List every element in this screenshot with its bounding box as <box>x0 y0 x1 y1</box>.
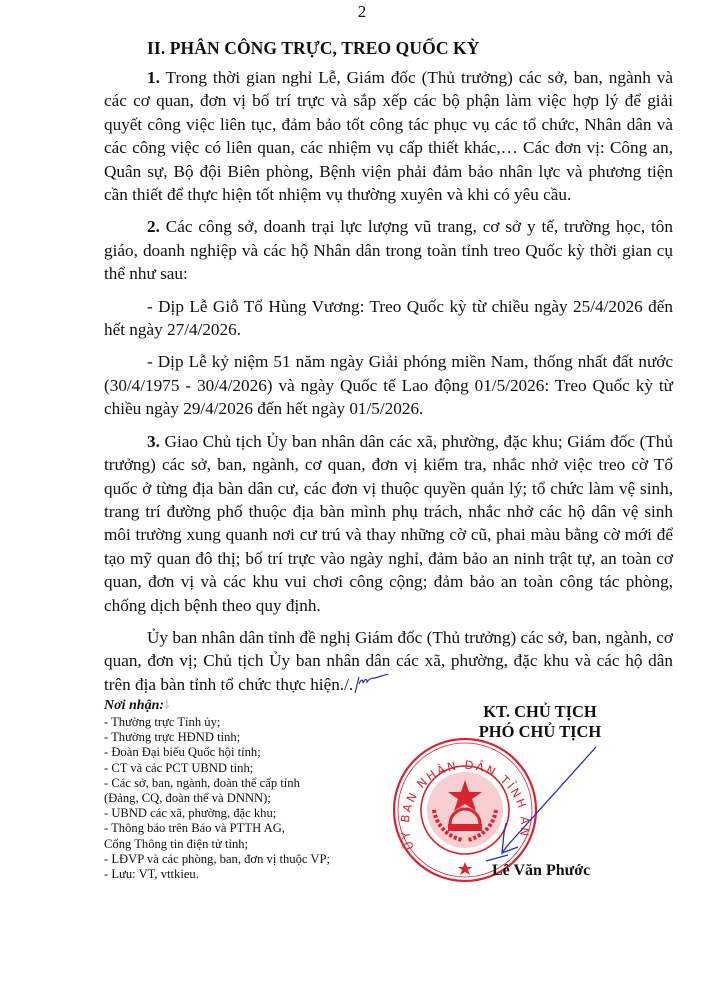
signer-name: Lê Văn Phước <box>492 862 590 880</box>
paragraph-number: 2. <box>147 217 160 236</box>
recipients-title: Nơi nhận:⸸ <box>104 696 330 715</box>
paragraph-text: - Dịp Lễ kỷ niệm 51 năm ngày Giải phóng … <box>104 352 673 418</box>
closing-paragraph: Ủy ban nhân dân tỉnh đề nghị Giám đốc (T… <box>104 626 673 696</box>
paragraph-text: Trong thời gian nghỉ Lễ, Giám đốc (Thủ t… <box>104 68 673 204</box>
paragraph-text: - Dịp Lễ Giỗ Tổ Hùng Vương: Treo Quốc kỳ… <box>104 297 673 339</box>
recipient-item: - Lưu: VT, vttkieu. <box>104 867 330 882</box>
recipients-block: Nơi nhận:⸸ - Thường trực Tỉnh ủy; - Thườ… <box>104 696 330 882</box>
recipient-item: - Các sở, ban, ngành, đoàn thể cấp tỉnh <box>104 776 330 791</box>
handwritten-signature-icon <box>480 745 600 865</box>
recipient-item: (Đảng, CQ, đoàn thể và DNNN); <box>104 791 330 806</box>
paragraph-1: 1. Trong thời gian nghỉ Lễ, Giám đốc (Th… <box>104 66 673 206</box>
recipient-item: - Thông báo trên Báo và PTTH AG, <box>104 821 330 836</box>
document-body: 1. Trong thời gian nghỉ Lễ, Giám đốc (Th… <box>104 66 673 696</box>
recipient-item: Cổng Thông tin điện tử tỉnh; <box>104 837 330 852</box>
recipient-item: - Đoàn Đại biểu Quốc hội tỉnh; <box>104 745 330 760</box>
paragraph-number: 1. <box>147 68 160 87</box>
page-number: 2 <box>0 2 724 22</box>
paragraph-2a: - Dịp Lễ Giỗ Tổ Hùng Vương: Treo Quốc kỳ… <box>104 295 673 342</box>
paragraph-text: Các công sở, doanh trại lực lượng vũ tra… <box>104 217 673 283</box>
paragraph-number: 3. <box>147 432 160 451</box>
initials-mark-icon <box>353 674 393 694</box>
recipient-item: - Thường trực Tỉnh ủy; <box>104 715 330 730</box>
paragraph-2b: - Dịp Lễ kỷ niệm 51 năm ngày Giải phóng … <box>104 350 673 420</box>
paragraph-text: Giao Chủ tịch Ủy ban nhân dân các xã, ph… <box>104 432 673 615</box>
section-heading: II. PHÂN CÔNG TRỰC, TREO QUỐC KỲ <box>147 38 480 59</box>
paragraph-3: 3. Giao Chủ tịch Ủy ban nhân dân các xã,… <box>104 430 673 617</box>
paragraph-2: 2. Các công sở, doanh trại lực lượng vũ … <box>104 215 673 285</box>
recipient-item: - Thường trực HĐND tỉnh; <box>104 730 330 745</box>
recipient-item: - CT và các PCT UBND tỉnh; <box>104 761 330 776</box>
recipient-item: - UBND các xã, phường, đặc khu; <box>104 806 330 821</box>
recipient-item: - LĐVP và các phòng, ban, đơn vị thuộc V… <box>104 852 330 867</box>
signature-title-line-1: KT. CHỦ TỊCH <box>470 702 610 722</box>
